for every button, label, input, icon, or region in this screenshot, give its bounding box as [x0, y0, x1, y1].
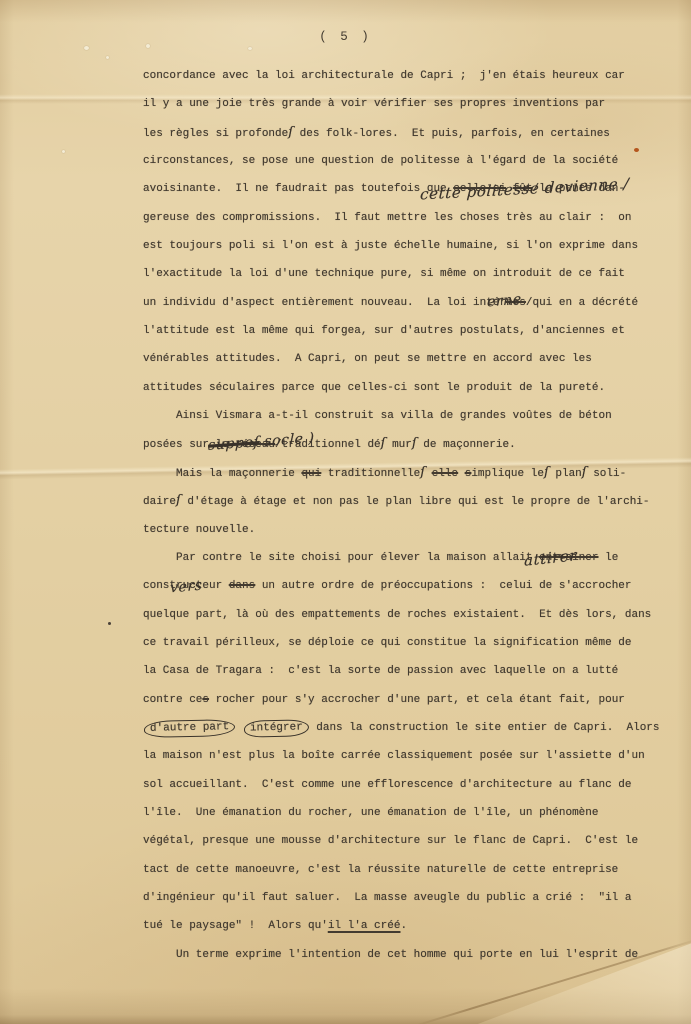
typed-text: vénérables attitudes. A Capri, on peut s…: [143, 353, 592, 365]
typed-text: attitudes séculaires parce que celles-ci…: [143, 382, 605, 394]
typed-line: vénérables attitudes. A Capri, on peut s…: [143, 345, 668, 373]
typed-text: ce travail périlleux, se déploie ce qui …: [143, 637, 631, 649]
typed-line: d'autre part intégrer dans la constructi…: [143, 714, 668, 742]
typed-line: daireſ d'étage à étage et non pas le pla…: [143, 487, 668, 515]
paper-speck: [248, 47, 252, 50]
typed-text: [458, 468, 465, 480]
typed-line: tué le paysage" ! Alors qu'il l'a créé.: [143, 912, 668, 940]
typed-text: rocher pour s'y accrocher d'une part, et…: [209, 694, 625, 706]
typed-line: attitudes séculaires parce que celles-ci…: [143, 374, 668, 402]
typed-line: les règles si profondeſ des folk-lores. …: [143, 119, 668, 147]
typed-text: la Casa de Tragara : c'est la sorte de p…: [143, 665, 618, 677]
typed-text: /qui en a décrété: [526, 297, 638, 309]
typed-line: sol accueillant. C'est comme une efflore…: [143, 771, 668, 799]
struck-word: elle: [432, 468, 458, 480]
typed-text: Un terme exprime l'intention de cet homm…: [143, 949, 638, 961]
typed-line: l'attitude est la même qui forgea, sur d…: [143, 317, 668, 345]
typed-text: de maçonnerie.: [417, 439, 516, 451]
typed-text: quelque part, là où des empattements de …: [143, 609, 651, 621]
typed-line: végétal, presque une mousse d'architectu…: [143, 827, 668, 855]
typed-line: l'île. Une émanation du rocher, une éman…: [143, 799, 668, 827]
typed-text: un individu d'aspect entièrement nouveau…: [143, 297, 506, 309]
ink-stain-dot: [108, 622, 111, 625]
circled-phrase: d'autre part: [144, 719, 236, 738]
typed-text: des folk-lores. Et puis, parfois, en cer…: [293, 128, 610, 140]
typed-line: Ainsi Vismara a-t-il construit sa villa …: [143, 402, 668, 430]
typed-text: .: [400, 920, 407, 932]
typed-text: tact de cette manoeuvre, c'est la réussi…: [143, 864, 618, 876]
typed-line: constructeur dans un autre ordre de préo…: [143, 572, 668, 600]
handwritten-correction-erne: erne: [487, 291, 522, 310]
typed-text: gereuse des compromissions. Il faut mett…: [143, 212, 631, 224]
underlined-phrase: il l'a créé: [328, 920, 401, 932]
typed-text: [236, 722, 243, 734]
typed-text: avoisinante. Il ne faudrait pas toutefoi…: [143, 183, 453, 195]
struck-word: dans: [229, 580, 255, 592]
typed-text: l'île. Une émanation du rocher, une éman…: [143, 807, 598, 819]
typed-text: l'exactitude la loi d'une technique pure…: [143, 268, 625, 280]
typed-line: la maison n'est plus la boîte carrée cla…: [143, 742, 668, 770]
typed-line: ce travail périlleux, se déploie ce qui …: [143, 629, 668, 657]
typed-text: est toujours poli si l'on est à juste éc…: [143, 240, 638, 252]
manuscript-page: ( 5 ) concordance avec la loi architectu…: [0, 0, 691, 1024]
typed-text: un autre ordre de préoccupations : celui…: [255, 580, 631, 592]
typed-line: un individu d'aspect entièrement nouveau…: [143, 289, 668, 317]
paper-speck: [106, 56, 109, 59]
typed-line: l'exactitude la loi d'une technique pure…: [143, 260, 668, 288]
typed-line: Par contre le site choisi pour élever la…: [143, 544, 668, 572]
typed-text: la maison n'est plus la boîte carrée cla…: [143, 750, 645, 762]
typed-text: Mais la maçonnerie: [143, 468, 301, 480]
typed-text-block: concordance avec la loi architecturale d…: [143, 62, 668, 969]
typed-line: tecture nouvelle.: [143, 516, 668, 544]
typed-line: la Casa de Tragara : c'est la sorte de p…: [143, 657, 668, 685]
typed-line: d'ingénieur qu'il faut saluer. La masse …: [143, 884, 668, 912]
typed-text: circonstances, se pose une question de p…: [143, 155, 618, 167]
typed-text: concordance avec la loi architecturale d…: [143, 70, 625, 82]
typed-line: circonstances, se pose une question de p…: [143, 147, 668, 175]
typed-text: daire: [143, 496, 176, 508]
typed-line: est toujours poli si l'on est à juste éc…: [143, 232, 668, 260]
typed-text: Par contre le site choisi pour élever la…: [143, 552, 539, 564]
typed-text: l'attitude est la même qui forgea, sur d…: [143, 325, 625, 337]
typed-line: Mais la maçonnerie qui traditionnelleſ e…: [143, 459, 668, 487]
typed-text: traditionnelle: [321, 468, 420, 480]
circled-phrase: intégrer: [244, 719, 309, 737]
typed-text: tecture nouvelle.: [143, 524, 255, 536]
typed-text: il y a une joie très grande à voir vérif…: [143, 98, 605, 110]
typed-text: le: [599, 552, 619, 564]
page-number: ( 5 ): [0, 30, 691, 44]
typed-text: contre ce: [143, 694, 202, 706]
typed-text: d'étage à étage et non pas le plan libre…: [181, 496, 650, 508]
typed-text: Ainsi Vismara a-t-il construit sa villa …: [143, 410, 612, 422]
typed-text: [425, 468, 432, 480]
typed-line: Un terme exprime l'intention de cet homm…: [143, 941, 668, 969]
typed-text: tué le paysage" ! Alors qu': [143, 920, 328, 932]
handwritten-correction-vers: vers: [170, 578, 203, 597]
paper-speck: [146, 44, 150, 48]
paper-speck: [62, 150, 65, 153]
typed-text: soli-: [587, 468, 627, 480]
typed-text: d'ingénieur qu'il faut saluer. La masse …: [143, 892, 631, 904]
typed-text: végétal, presque une mousse d'architectu…: [143, 835, 638, 847]
typed-text: dans la construction le site entier de C…: [310, 722, 660, 734]
typed-line: concordance avec la loi architecturale d…: [143, 62, 668, 90]
typed-line: gereuse des compromissions. Il faut mett…: [143, 204, 668, 232]
struck-word: qui: [301, 468, 321, 480]
typed-line: tact de cette manoeuvre, c'est la réussi…: [143, 856, 668, 884]
typed-text: les règles si profonde: [143, 128, 288, 140]
typed-line: quelque part, là où des empattements de …: [143, 601, 668, 629]
paper-speck: [84, 46, 89, 50]
typed-line: contre ces rocher pour s'y accrocher d'u…: [143, 686, 668, 714]
typed-text: sol accueillant. C'est comme une efflore…: [143, 779, 631, 791]
typed-text: mur: [385, 439, 411, 451]
typed-text: plan: [549, 468, 582, 480]
typed-text: implique le: [471, 468, 544, 480]
typed-line: il y a une joie très grande à voir vérif…: [143, 90, 668, 118]
